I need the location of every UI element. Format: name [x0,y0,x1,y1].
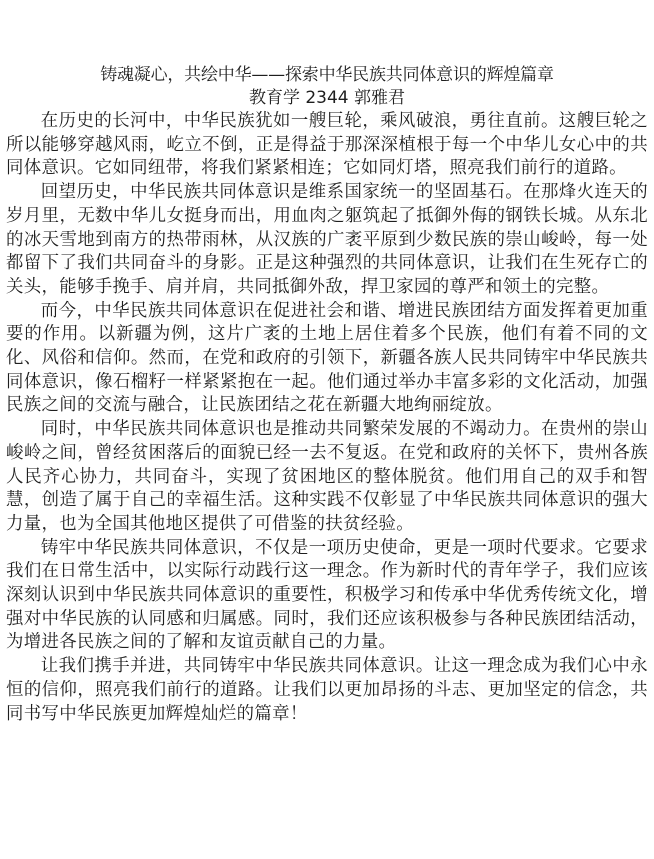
essay-document: 铸魂凝心，共绘中华——探索中华民族共同体意识的辉煌篇章 教育学 2344 郭雅君… [6,63,648,726]
paragraph-xinjiang: 而今，中华民族共同体意识在促进社会和谐、增进民族团结方面发挥着更加重要的作用。以… [6,300,648,419]
paragraph-conclusion: 让我们携手并进，共同铸牢中华民族共同体意识。让这一理念成为我们心中永恒的信仰，照… [6,655,648,726]
essay-title: 铸魂凝心，共绘中华——探索中华民族共同体意识的辉煌篇章 [6,63,648,87]
paragraph-guizhou: 同时，中华民族共同体意识也是推动共同繁荣发展的不竭动力。在贵州的崇山峻岭之间，曾… [6,418,648,537]
author-line: 教育学 2344 郭雅君 [6,87,648,110]
paragraph-intro: 在历史的长河中，中华民族犹如一艘巨轮，乘风破浪，勇往直前。这艘巨轮之所以能够穿越… [6,110,648,181]
paragraph-history: 回望历史，中华民族共同体意识是维系国家统一的坚固基石。在那烽火连天的岁月里，无数… [6,181,648,300]
paragraph-youth-mission: 铸牢中华民族共同体意识，不仅是一项历史使命，更是一项时代要求。它要求我们在日常生… [6,537,648,656]
